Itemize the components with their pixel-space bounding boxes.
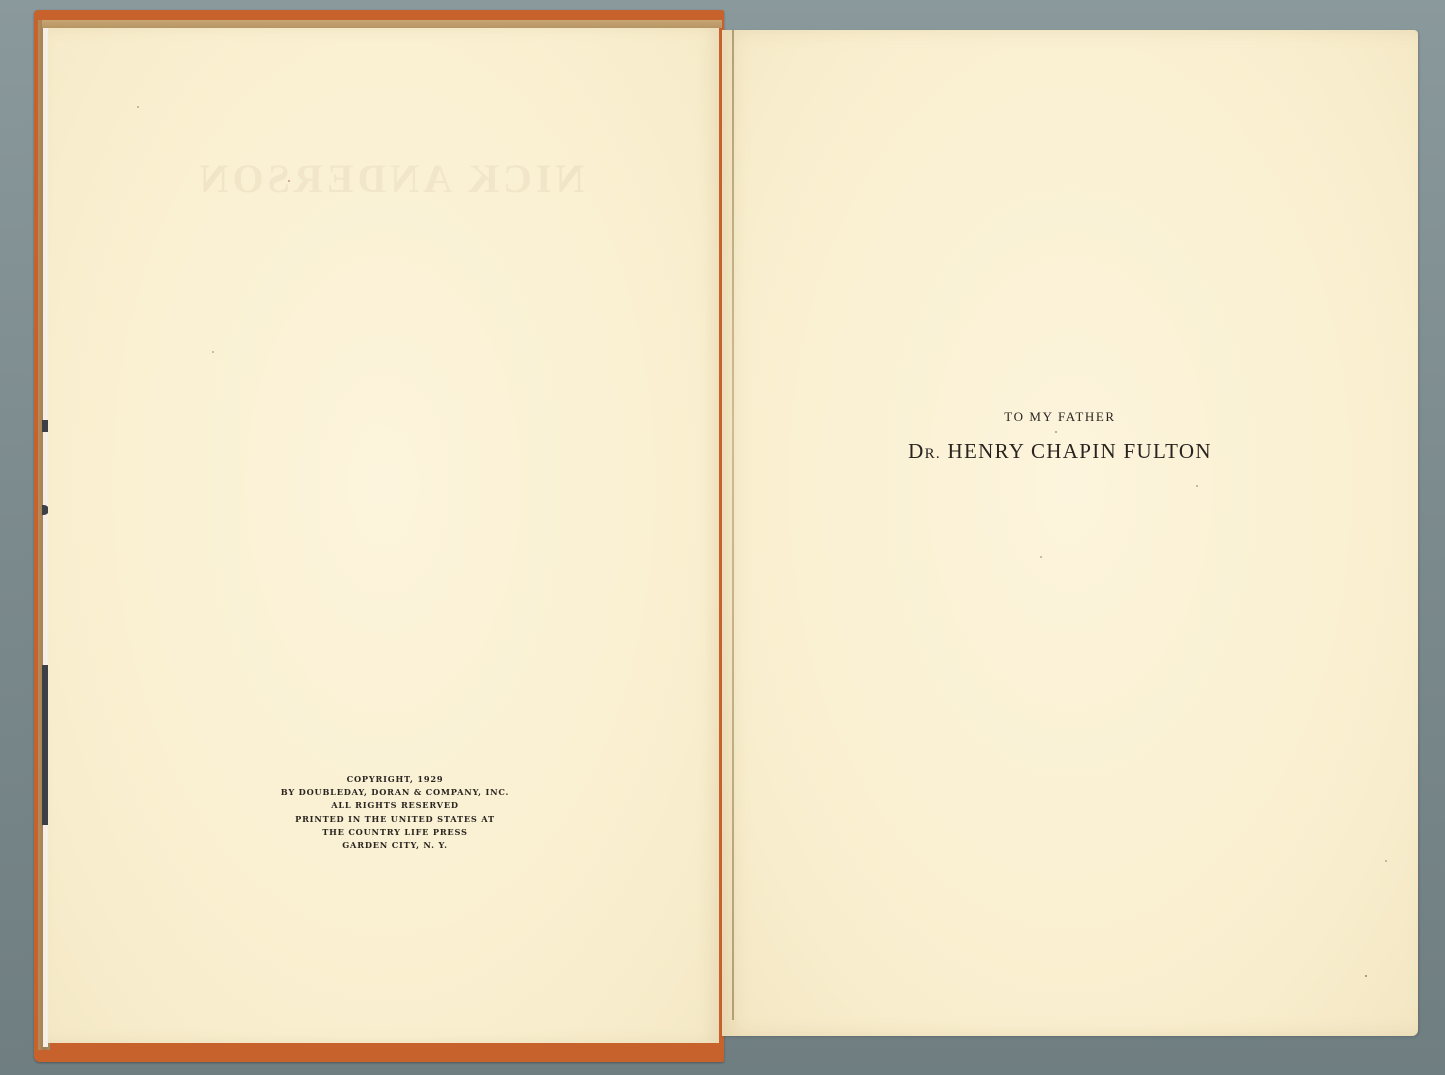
name-prefix-small-caps: R. [925,446,941,462]
dedication: TO MY FATHER DR. HENRY CHAPIN FULTON [880,407,1240,467]
bleed-through-text: NICK ANDERSON [170,155,610,328]
dedication-name: DR. HENRY CHAPIN FULTON [880,438,1240,467]
right-page [722,30,1418,1036]
paper-speck [1196,485,1198,487]
paper-speck [1385,860,1387,862]
copyright-line: GARDEN CITY, N. Y. [270,839,520,852]
name-text: HENRY CHAPIN FULTON [948,439,1212,463]
paper-speck [1040,556,1042,558]
dedication-heading: TO MY FATHER [880,407,1240,427]
copyright-line: THE COUNTRY LIFE PRESS [270,826,520,839]
paper-speck [137,106,139,108]
paper-speck [1055,431,1057,433]
paper-speck [1365,975,1367,977]
paper-speck [288,180,290,182]
copyright-line: ALL RIGHTS RESERVED [270,799,520,812]
copyright-line: BY DOUBLEDAY, DORAN & COMPANY, INC. [270,786,520,799]
copyright-notice: COPYRIGHT, 1929 BY DOUBLEDAY, DORAN & CO… [270,773,520,852]
copyright-line: COPYRIGHT, 1929 [270,773,520,786]
headband [42,20,722,28]
copyright-line: PRINTED IN THE UNITED STATES AT [270,813,520,826]
name-prefix-initial: D [908,439,924,463]
book-gutter [732,30,734,1020]
paper-speck [212,351,214,353]
